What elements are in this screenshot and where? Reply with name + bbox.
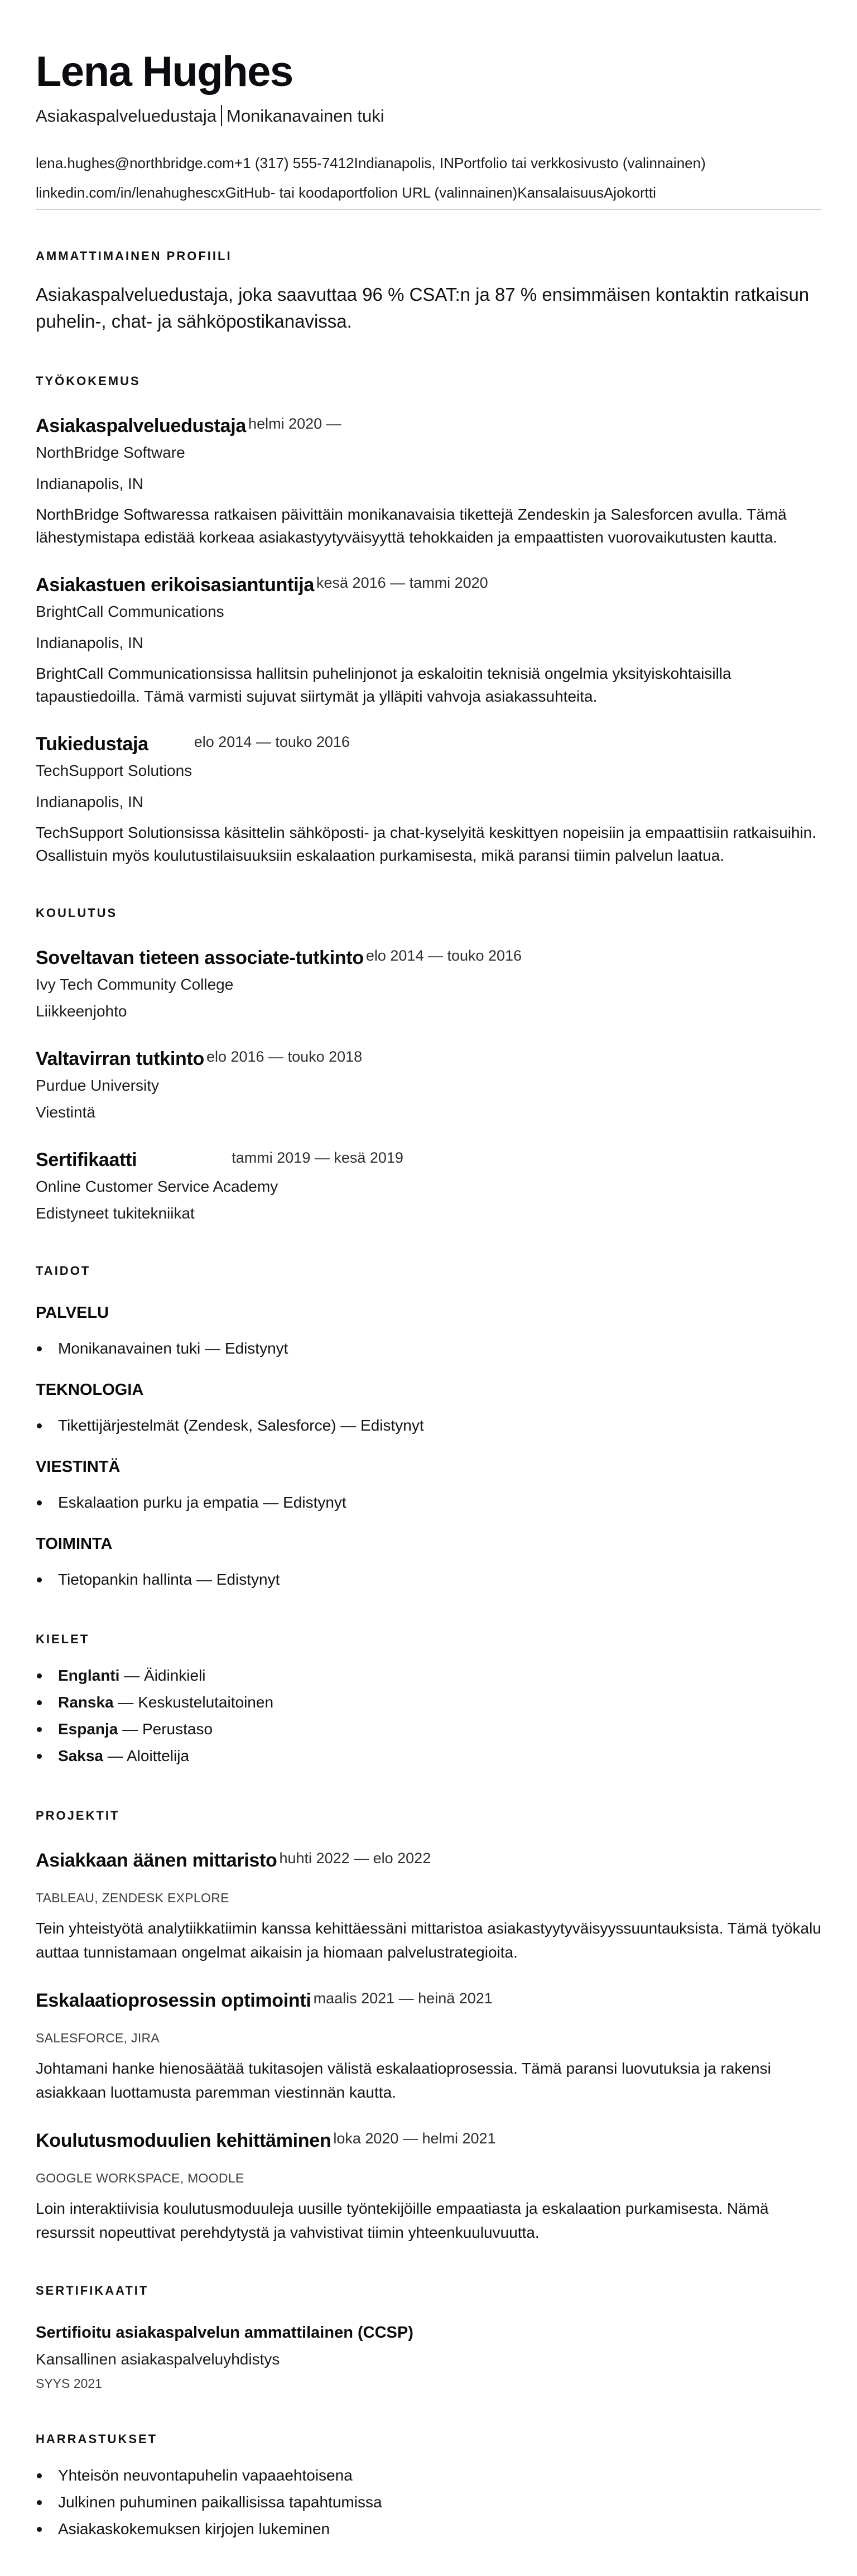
headline-separator [221, 105, 222, 126]
skills-section: Taidot Palvelu Monikanavainen tuki — Edi… [36, 1263, 821, 1593]
school-name: Purdue University [36, 1074, 821, 1097]
degree-title: Soveltavan tieteen associate-tutkinto [36, 947, 364, 968]
interest-item: Asiakaskokemuksen kirjojen lukeminen [36, 2516, 821, 2543]
education-section: Koulutus Soveltavan tieteen associate-tu… [36, 905, 821, 1225]
company-name: TechSupport Solutions [36, 760, 821, 782]
company-name: NorthBridge Software [36, 442, 821, 464]
language-level: Perustaso [142, 1720, 213, 1738]
skill-group-title: Toiminta [36, 1533, 821, 1555]
language-name: Espanja [58, 1720, 118, 1738]
drivers-license-text: Ajokortti [604, 184, 656, 201]
education-dates: elo 2014 — touko 2016 [366, 947, 522, 964]
field-of-study: Edistyneet tukitekniikat [36, 1202, 821, 1225]
headline-focus: Monikanavainen tuki [227, 106, 384, 126]
field-of-study: Viestintä [36, 1101, 821, 1124]
phone-link[interactable]: +1 (317) 555-7412 [234, 155, 354, 171]
project-title: Koulutusmoduulien kehittäminen [36, 2130, 331, 2151]
contact-line-2: linkedin.com/in/lenahughescxGitHub- tai … [36, 178, 821, 208]
project-dates: loka 2020 — helmi 2021 [333, 2130, 495, 2147]
company-name: BrightCall Communications [36, 601, 821, 623]
education-dates: elo 2016 — touko 2018 [206, 1048, 362, 1065]
language-level: Äidinkieli [144, 1667, 206, 1684]
skill-group-title: Viestintä [36, 1456, 821, 1478]
headline-role: Asiakaspalveluedustaja [36, 106, 216, 126]
language-item: Ranska — Keskustelutaitoinen [36, 1689, 821, 1716]
project-title: Asiakkaan äänen mittaristo [36, 1850, 277, 1871]
section-heading-skills: Taidot [36, 1263, 821, 1279]
skill-group-title: Palvelu [36, 1302, 821, 1324]
education-entry: Sertifikaattitammi 2019 — kesä 2019 Onli… [36, 1146, 821, 1225]
project-dates: huhti 2022 — elo 2022 [280, 1850, 431, 1867]
certification-entry: Sertifioitu asiakaspalvelun ammattilaine… [36, 2321, 821, 2393]
github-link[interactable]: GitHub- tai koodaportfolion URL (valinna… [225, 184, 518, 201]
language-name: Englanti [58, 1667, 119, 1684]
job-description: BrightCall Communicationsissa hallitsin … [36, 662, 828, 708]
field-of-study: Liikkeenjohto [36, 1000, 821, 1023]
skill-group: Teknologia Tikettijärjestelmät (Zendesk,… [36, 1379, 821, 1439]
section-heading-projects: Projektit [36, 1807, 821, 1824]
skill-group: Toiminta Tietopankin hallinta — Edistyny… [36, 1533, 821, 1593]
education-entry: Valtavirran tutkintoelo 2016 — touko 201… [36, 1045, 821, 1124]
interest-item: Julkinen puhuminen paikallisissa tapahtu… [36, 2489, 821, 2516]
profile-summary: Asiakaspalveluedustaja, joka saavuttaa 9… [36, 281, 822, 335]
job-location: Indianapolis, IN [36, 632, 821, 654]
certification-title: Sertifioitu asiakaspalvelun ammattilaine… [36, 2321, 821, 2344]
interests-section: Harrastukset Yhteisön neuvontapuhelin va… [36, 2431, 821, 2543]
job-description: NorthBridge Softwaressa ratkaisen päivit… [36, 503, 828, 549]
language-level: Keskustelutaitoinen [138, 1694, 273, 1711]
skill-item: Eskalaation purku ja empatia — Edistynyt [36, 1489, 821, 1516]
job-title: Asiakastuen erikoisasiantuntija [36, 574, 314, 596]
experience-entry: Asiakaspalveluedustajahelmi 2020 — North… [36, 412, 821, 549]
skill-item: Tietopankin hallinta — Edistynyt [36, 1566, 821, 1593]
job-description: TechSupport Solutionsissa käsittelin säh… [36, 821, 828, 867]
job-title: Tukiedustaja [36, 733, 148, 755]
profile-section: Ammattimainen profiili Asiakaspalveluedu… [36, 248, 821, 335]
email-link[interactable]: lena.hughes@northbridge.com [36, 155, 234, 171]
section-heading-education: Koulutus [36, 905, 821, 922]
job-location: Indianapolis, IN [36, 791, 821, 813]
headline: AsiakaspalveluedustajaMonikanavainen tuk… [36, 104, 821, 128]
project-entry: Eskalaatioprosessin optimointimaalis 202… [36, 1987, 821, 2104]
section-heading-experience: Työkokemus [36, 373, 821, 390]
language-item: Espanja — Perustaso [36, 1716, 821, 1743]
project-description: Loin interaktiivisia koulutusmoduuleja u… [36, 2196, 828, 2244]
languages-section: Kielet Englanti — Äidinkieli Ranska — Ke… [36, 1631, 821, 1769]
section-heading-interests: Harrastukset [36, 2431, 821, 2448]
projects-section: Projektit Asiakkaan äänen mittaristohuht… [36, 1807, 821, 2244]
skill-group: Viestintä Eskalaation purku ja empatia —… [36, 1456, 821, 1516]
project-tech: Salesforce, Jira [36, 2028, 821, 2047]
skill-item: Monikanavainen tuki — Edistynyt [36, 1335, 821, 1362]
project-tech: Google Workspace, Moodle [36, 2169, 821, 2188]
project-entry: Koulutusmoduulien kehittäminenloka 2020 … [36, 2127, 821, 2244]
degree-title: Sertifikaatti [36, 1149, 137, 1171]
certification-issuer: Kansallinen asiakaspalveluyhdistys [36, 2348, 821, 2371]
section-heading-certifications: Sertifikaatit [36, 2282, 821, 2299]
interest-list: Yhteisön neuvontapuhelin vapaaehtoisena … [36, 2462, 821, 2543]
language-item: Saksa — Aloittelija [36, 1743, 821, 1769]
project-tech: Tableau, Zendesk Explore [36, 1888, 821, 1907]
certification-date: syys 2021 [36, 2374, 821, 2393]
language-item: Englanti — Äidinkieli [36, 1662, 821, 1689]
job-dates: elo 2014 — touko 2016 [194, 733, 350, 750]
education-dates: tammi 2019 — kesä 2019 [232, 1149, 403, 1166]
project-entry: Asiakkaan äänen mittaristohuhti 2022 — e… [36, 1846, 821, 1964]
skill-list: Eskalaation purku ja empatia — Edistynyt [36, 1489, 821, 1516]
project-description: Johtamani hanke hienosäätää tukitasojen … [36, 2056, 828, 2104]
language-name: Saksa [58, 1747, 103, 1764]
project-title: Eskalaatioprosessin optimointi [36, 1990, 311, 2011]
section-heading-languages: Kielet [36, 1631, 821, 1648]
resume-header: Lena Hughes AsiakaspalveluedustajaMonika… [36, 47, 821, 210]
school-name: Ivy Tech Community College [36, 973, 821, 996]
job-dates: helmi 2020 — [248, 415, 341, 432]
experience-section: Työkokemus Asiakaspalveluedustajahelmi 2… [36, 373, 821, 867]
skill-item: Tikettijärjestelmät (Zendesk, Salesforce… [36, 1412, 821, 1439]
contact-line-1: lena.hughes@northbridge.com+1 (317) 555-… [36, 148, 821, 178]
experience-entry: Asiakastuen erikoisasiantuntijakesä 2016… [36, 571, 821, 708]
skill-list: Tietopankin hallinta — Edistynyt [36, 1566, 821, 1593]
language-list: Englanti — Äidinkieli Ranska — Keskustel… [36, 1662, 821, 1769]
language-name: Ranska [58, 1694, 114, 1711]
section-heading-profile: Ammattimainen profiili [36, 248, 821, 265]
linkedin-link[interactable]: linkedin.com/in/lenahughescx [36, 184, 225, 201]
school-name: Online Customer Service Academy [36, 1176, 821, 1198]
candidate-name: Lena Hughes [36, 47, 821, 97]
education-entry: Soveltavan tieteen associate-tutkintoelo… [36, 944, 821, 1023]
degree-title: Valtavirran tutkinto [36, 1048, 204, 1069]
project-description: Tein yhteistyötä analytiikkatiimin kanss… [36, 1916, 828, 1964]
contact-block: lena.hughes@northbridge.com+1 (317) 555-… [36, 148, 821, 210]
location-text: Indianapolis, IN [354, 155, 454, 171]
resume-page: Lena Hughes AsiakaspalveluedustajaMonika… [0, 0, 857, 2576]
project-dates: maalis 2021 — heinä 2021 [314, 1990, 493, 2007]
interest-item: Yhteisön neuvontapuhelin vapaaehtoisena [36, 2462, 821, 2489]
experience-entry: Tukiedustajaelo 2014 — touko 2016 TechSu… [36, 730, 821, 867]
portfolio-link[interactable]: Portfolio tai verkkosivusto (valinnainen… [454, 155, 706, 171]
citizenship-text: Kansalaisuus [517, 184, 604, 201]
language-level: Aloittelija [127, 1747, 189, 1764]
job-location: Indianapolis, IN [36, 473, 821, 495]
certifications-section: Sertifikaatit Sertifioitu asiakaspalvelu… [36, 2282, 821, 2393]
skill-group: Palvelu Monikanavainen tuki — Edistynyt [36, 1302, 821, 1362]
job-title: Asiakaspalveluedustaja [36, 415, 246, 436]
skill-group-title: Teknologia [36, 1379, 821, 1401]
skill-list: Tikettijärjestelmät (Zendesk, Salesforce… [36, 1412, 821, 1439]
skill-list: Monikanavainen tuki — Edistynyt [36, 1335, 821, 1362]
job-dates: kesä 2016 — tammi 2020 [316, 574, 488, 591]
